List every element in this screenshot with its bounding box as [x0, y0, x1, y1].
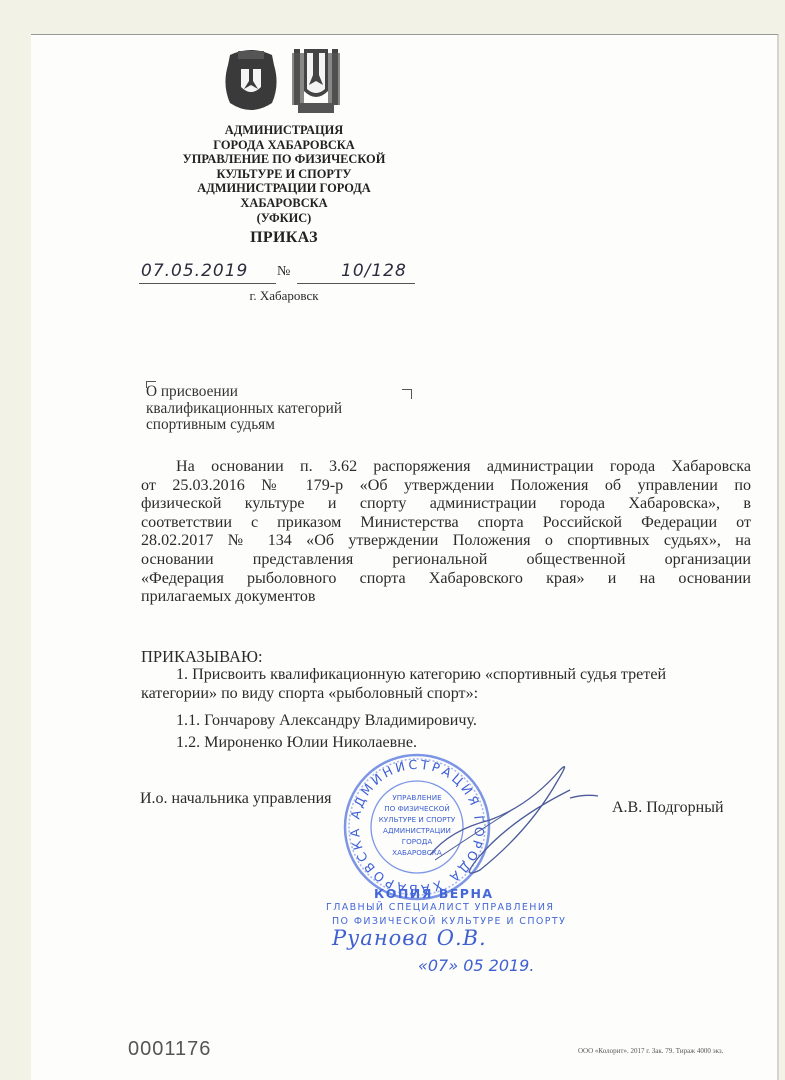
- body-line: «Федерация рыболовного спорта Хабаровско…: [141, 570, 751, 589]
- subitem-line: 1.1. Гончарову Александру Владимировичу.: [141, 712, 751, 731]
- order-subitem-1-2: 1.2. Мироненко Юлии Николаевне.: [141, 734, 751, 753]
- form-serial-number: 0001176: [128, 1038, 211, 1061]
- order-number-handwritten: 10/128: [341, 261, 407, 281]
- signatory-name: А.В. Подгорный: [612, 799, 724, 817]
- order-heading: ПРИКАЗЫВАЮ:: [141, 647, 263, 667]
- order-date-handwritten: 07.05.2019: [141, 261, 248, 281]
- order-number-field: 10/128: [297, 261, 415, 284]
- number-label: №: [277, 264, 290, 280]
- subject-line: О присвоении: [146, 384, 342, 401]
- subject-bracket-right: [402, 389, 412, 399]
- body-line: соответствии с приказом Министерства спо…: [141, 514, 751, 533]
- org-line: АДМИНИСТРАЦИИ ГОРОДА: [160, 181, 408, 196]
- preamble-paragraph: На основании п. 3.62 распоряжения админи…: [141, 458, 751, 607]
- org-line: (УФКИС): [160, 211, 408, 226]
- body-line: На основании п. 3.62 распоряжения админи…: [141, 458, 751, 477]
- order-subject: О присвоении квалификационных категорий …: [146, 384, 342, 434]
- subitem-line: 1.2. Мироненко Юлии Николаевне.: [141, 734, 751, 753]
- org-line: КУЛЬТУРЕ И СПОРТУ: [160, 167, 408, 182]
- org-line: АДМИНИСТРАЦИЯ: [160, 123, 408, 138]
- body-line: физической культуре и спорту администрац…: [141, 495, 751, 514]
- document-type-title: ПРИКАЗ: [160, 229, 408, 247]
- org-line: ХАБАРОВСКА: [160, 196, 408, 211]
- khabarovsk-krai-coat-of-arms-icon: [290, 45, 342, 117]
- city-label: г. Хабаровск: [160, 288, 408, 304]
- body-line: прилагаемых документов: [141, 588, 751, 607]
- body-line: от 25.03.2016 № 179-р «Об утверждении По…: [141, 477, 751, 496]
- subject-line: квалификационных категорий: [146, 401, 342, 418]
- copy-position-line: ГЛАВНЫЙ СПЕЦИАЛИСТ УПРАВЛЕНИЯ: [326, 902, 554, 913]
- copy-date: «07» 05 2019.: [418, 956, 534, 975]
- body-line: основании представления региональной общ…: [141, 551, 751, 570]
- khabarovsk-city-coat-of-arms-icon: [222, 45, 280, 115]
- item-line: 1. Присвоить квалификационную категорию …: [141, 666, 751, 685]
- subject-line: спортивным судьям: [146, 417, 342, 434]
- printer-imprint: ООО «Колорит». 2017 г. Зак. 79. Тираж 40…: [578, 1047, 723, 1055]
- order-item-1: 1. Присвоить квалификационную категорию …: [141, 666, 751, 703]
- copy-handwritten-name: Руанова О.В.: [332, 926, 487, 950]
- order-date-field: 07.05.2019: [139, 261, 276, 284]
- handwritten-signature: [420, 760, 600, 880]
- signatory-role: И.о. начальника управления: [140, 790, 331, 808]
- org-line: УПРАВЛЕНИЕ ПО ФИЗИЧЕСКОЙ: [160, 152, 408, 167]
- item-line: категории» по виду спорта «рыболовный сп…: [141, 685, 751, 704]
- copy-title: КОПИЯ ВЕРНА: [374, 886, 494, 901]
- order-subitem-1-1: 1.1. Гончарову Александру Владимировичу.: [141, 712, 751, 731]
- organization-name: АДМИНИСТРАЦИЯ ГОРОДА ХАБАРОВСКА УПРАВЛЕН…: [160, 123, 408, 225]
- body-line: 28.02.2017 № 134 «Об утверждении Положен…: [141, 532, 751, 551]
- org-line: ГОРОДА ХАБАРОВСКА: [160, 138, 408, 153]
